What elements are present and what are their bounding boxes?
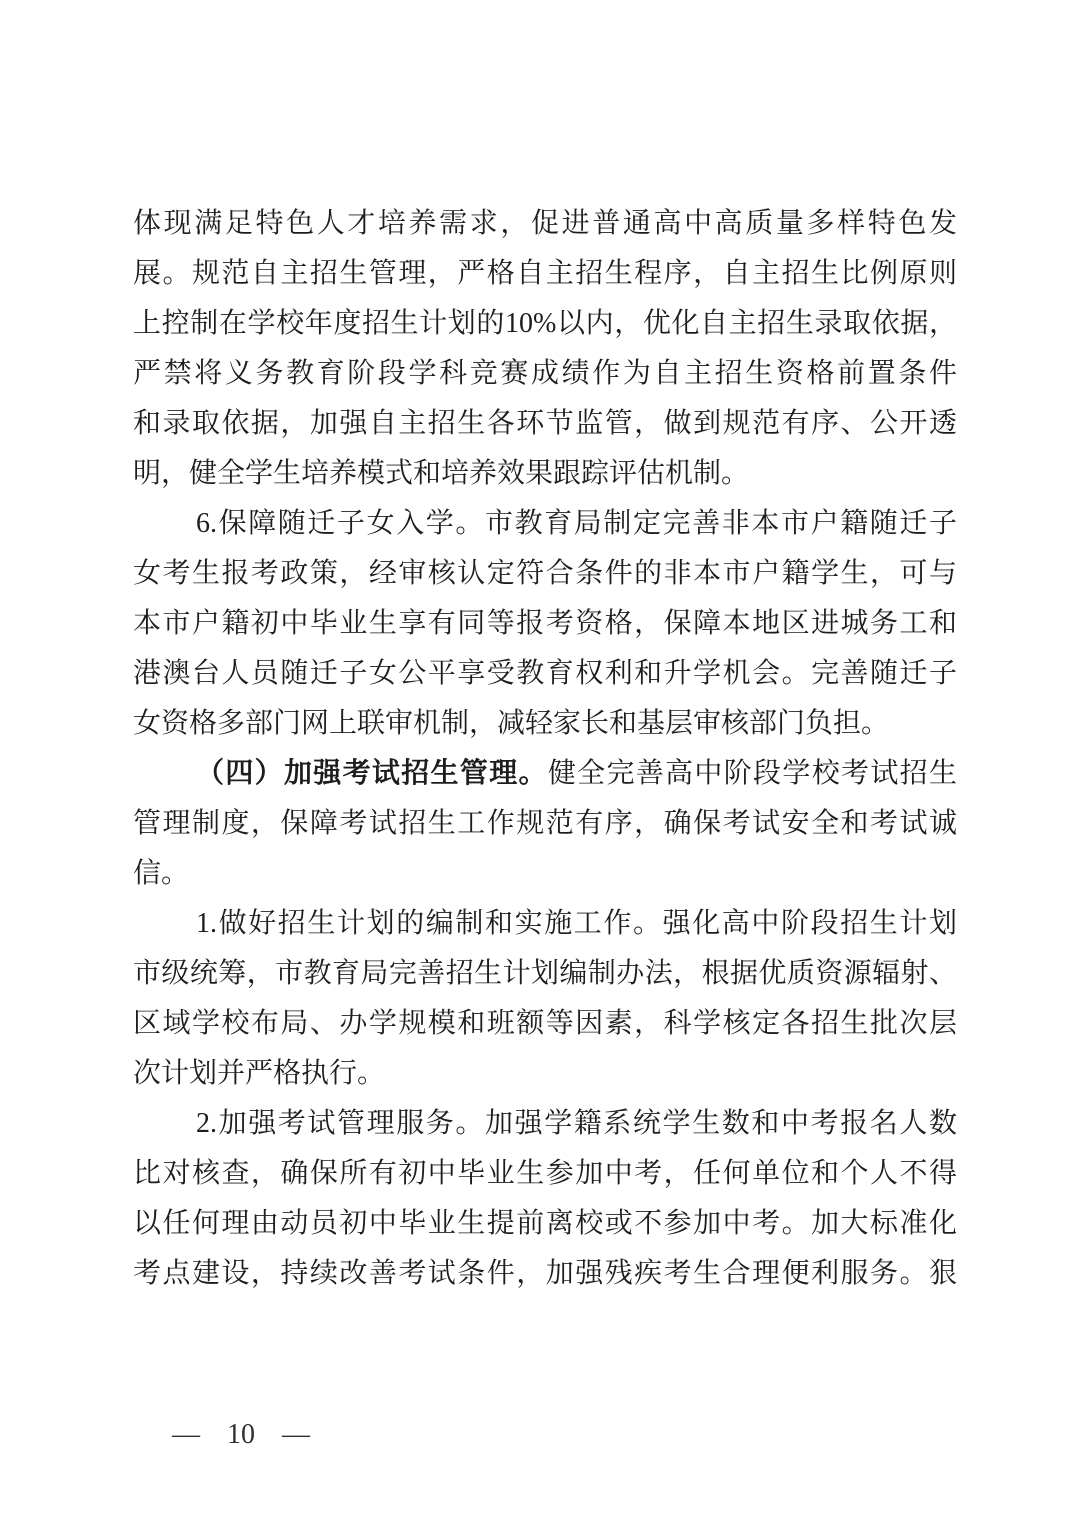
text-line: 展。规范自主招生管理，严格自主招生程序，自主招生比例原则: [133, 249, 957, 299]
document-page: 体现满足特色人才培养需求，促进普通高中高质量多样特色发 展。规范自主招生管理，严…: [0, 0, 1080, 1527]
text-line: 考点建设，持续改善考试条件，加强残疾考生合理便利服务。狠: [133, 1249, 957, 1299]
text-line: 上控制在学校年度招生计划的10%以内，优化自主招生录取依据，: [133, 299, 957, 349]
text-line-paragraph-end: 次计划并严格执行。: [133, 1049, 957, 1099]
text-line-paragraph-start: 1.做好招生计划的编制和实施工作。强化高中阶段招生计划: [133, 899, 957, 949]
text-line: 严禁将义务教育阶段学科竞赛成绩作为自主招生资格前置条件: [133, 349, 957, 399]
text-line-section-heading: （四）加强考试招生管理。健全完善高中阶段学校考试招生: [133, 749, 957, 799]
text-line: 市级统筹，市教育局完善招生计划编制办法，根据优质资源辐射、: [133, 949, 957, 999]
page-number: — 10 —: [172, 1413, 310, 1457]
text-line-paragraph-end: 女资格多部门网上联审机制，减轻家长和基层审核部门负担。: [133, 699, 957, 749]
text-line: 区域学校布局、办学规模和班额等因素，科学核定各招生批次层: [133, 999, 957, 1049]
text-line: 本市户籍初中毕业生享有同等报考资格，保障本地区进城务工和: [133, 599, 957, 649]
text-line-paragraph-end: 明，健全学生培养模式和培养效果跟踪评估机制。: [133, 449, 957, 499]
text-line: 港澳台人员随迁子女公平享受教育权利和升学机会。完善随迁子: [133, 649, 957, 699]
section-heading-label: （四）加强考试招生管理。: [196, 758, 548, 789]
text-line: 和录取依据，加强自主招生各环节监管，做到规范有序、公开透: [133, 399, 957, 449]
text-line-paragraph-end: 信。: [133, 849, 957, 899]
text-line-paragraph-start: 6.保障随迁子女入学。市教育局制定完善非本市户籍随迁子: [133, 499, 957, 549]
text-line: 体现满足特色人才培养需求，促进普通高中高质量多样特色发: [133, 199, 957, 249]
document-text-block: 体现满足特色人才培养需求，促进普通高中高质量多样特色发 展。规范自主招生管理，严…: [133, 199, 957, 1299]
text-line: 以任何理由动员初中毕业生提前离校或不参加中考。加大标准化: [133, 1199, 957, 1249]
section-heading-body: 健全完善高中阶段学校考试招生: [548, 758, 957, 789]
text-line: 管理制度，保障考试招生工作规范有序，确保考试安全和考试诚: [133, 799, 957, 849]
text-line: 比对核查，确保所有初中毕业生参加中考，任何单位和个人不得: [133, 1149, 957, 1199]
text-line: 女考生报考政策，经审核认定符合条件的非本市户籍学生，可与: [133, 549, 957, 599]
text-line-paragraph-start: 2.加强考试管理服务。加强学籍系统学生数和中考报名人数: [133, 1099, 957, 1149]
